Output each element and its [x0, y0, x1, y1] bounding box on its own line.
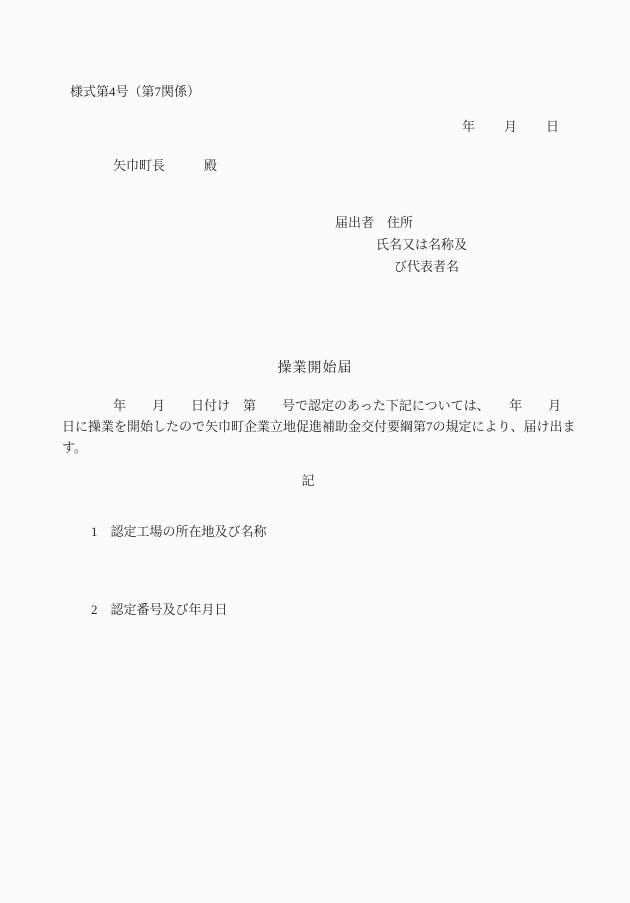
body-line-3: す。 [62, 437, 574, 458]
declarant-name-label-line1: 氏名又は名称及 [376, 234, 467, 253]
declarant-address-label: 届出者 住所 [335, 212, 413, 231]
list-item-2-label: 認定番号及び年月日 [111, 602, 228, 617]
list-item-2-number: 2 [91, 602, 98, 617]
body-paragraph: 年 月 日付け 第 号で認定のあった下記については、 年 月 日に操業を開始した… [62, 395, 574, 458]
body-line-1: 年 月 日付け 第 号で認定のあった下記については、 年 月 [62, 395, 574, 416]
form-number: 様式第4号（第7関係） [70, 81, 200, 100]
body-line-2: 日に操業を開始したので矢巾町企業立地促進補助金交付要綱第7の規定により、届け出ま [62, 416, 574, 437]
document-page: 様式第4号（第7関係） 年 月 日 矢巾町長 殿 届出者 住所 氏名又は名称及 … [0, 0, 630, 903]
declarant-name-label-line2: び代表者名 [394, 256, 459, 275]
record-marker: 記 [0, 470, 616, 489]
document-title: 操業開始届 [0, 357, 630, 377]
list-item-1: 1認定工場の所在地及び名称 [78, 505, 267, 556]
addressee-line: 矢巾町長 殿 [113, 155, 217, 174]
list-item-1-label: 認定工場の所在地及び名称 [111, 524, 267, 539]
date-blank-line: 年 月 日 [462, 116, 560, 135]
list-item-2: 2認定番号及び年月日 [78, 583, 228, 634]
list-item-1-number: 1 [91, 524, 98, 539]
